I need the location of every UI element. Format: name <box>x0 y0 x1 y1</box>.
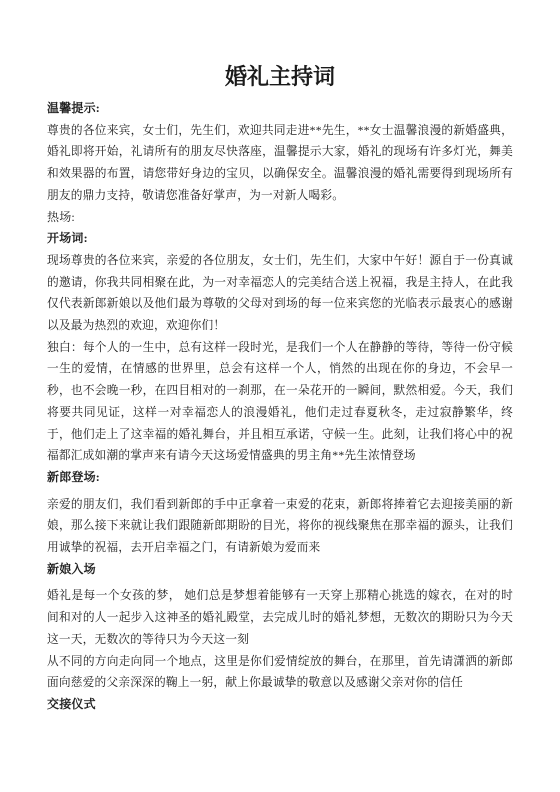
document-body: 温馨提示:尊贵的各位来宾，女士们，先生们，欢迎共同走进**先生，**女士温馨浪漫… <box>47 98 513 716</box>
paragraph: 独白：每个人的一生中，总有这样一段时光，是我们一个人在静静的等待，等待一份守候一… <box>47 337 513 467</box>
document-title: 婚礼主持词 <box>47 58 513 96</box>
paragraph: 亲爱的朋友们，我们看到新郎的手中正拿着一束爱的花束，新郎将捧着它去迎接美丽的新娘… <box>47 494 513 559</box>
paragraph: 婚礼是每一个女孩的梦， 她们总是梦想着能够有一天穿上那精心挑选的嫁衣，在对的时间… <box>47 585 513 650</box>
section-heading: 新娘入场 <box>47 559 513 581</box>
section-heading: 新郎登场: <box>47 467 513 489</box>
section-heading: 开场词: <box>47 228 513 250</box>
section-heading: 交接仪式 <box>47 694 513 716</box>
section-heading: 温馨提示: <box>47 98 513 120</box>
paragraph: 从不同的方向走向同一个地点，这里是你们爱情绽放的舞台，在那里，首先请潇洒的新郎面… <box>47 651 513 694</box>
section-heading: 热场: <box>47 207 513 229</box>
document-page: 婚礼主持词 温馨提示:尊贵的各位来宾，女士们，先生们，欢迎共同走进**先生，**… <box>0 0 560 792</box>
paragraph: 尊贵的各位来宾，女士们，先生们，欢迎共同走进**先生，**女士温馨浪漫的新婚盛典… <box>47 120 513 207</box>
paragraph: 现场尊贵的各位来宾，亲爱的各位朋友，女士们，先生们，大家中午好！源自于一份真诚的… <box>47 250 513 337</box>
